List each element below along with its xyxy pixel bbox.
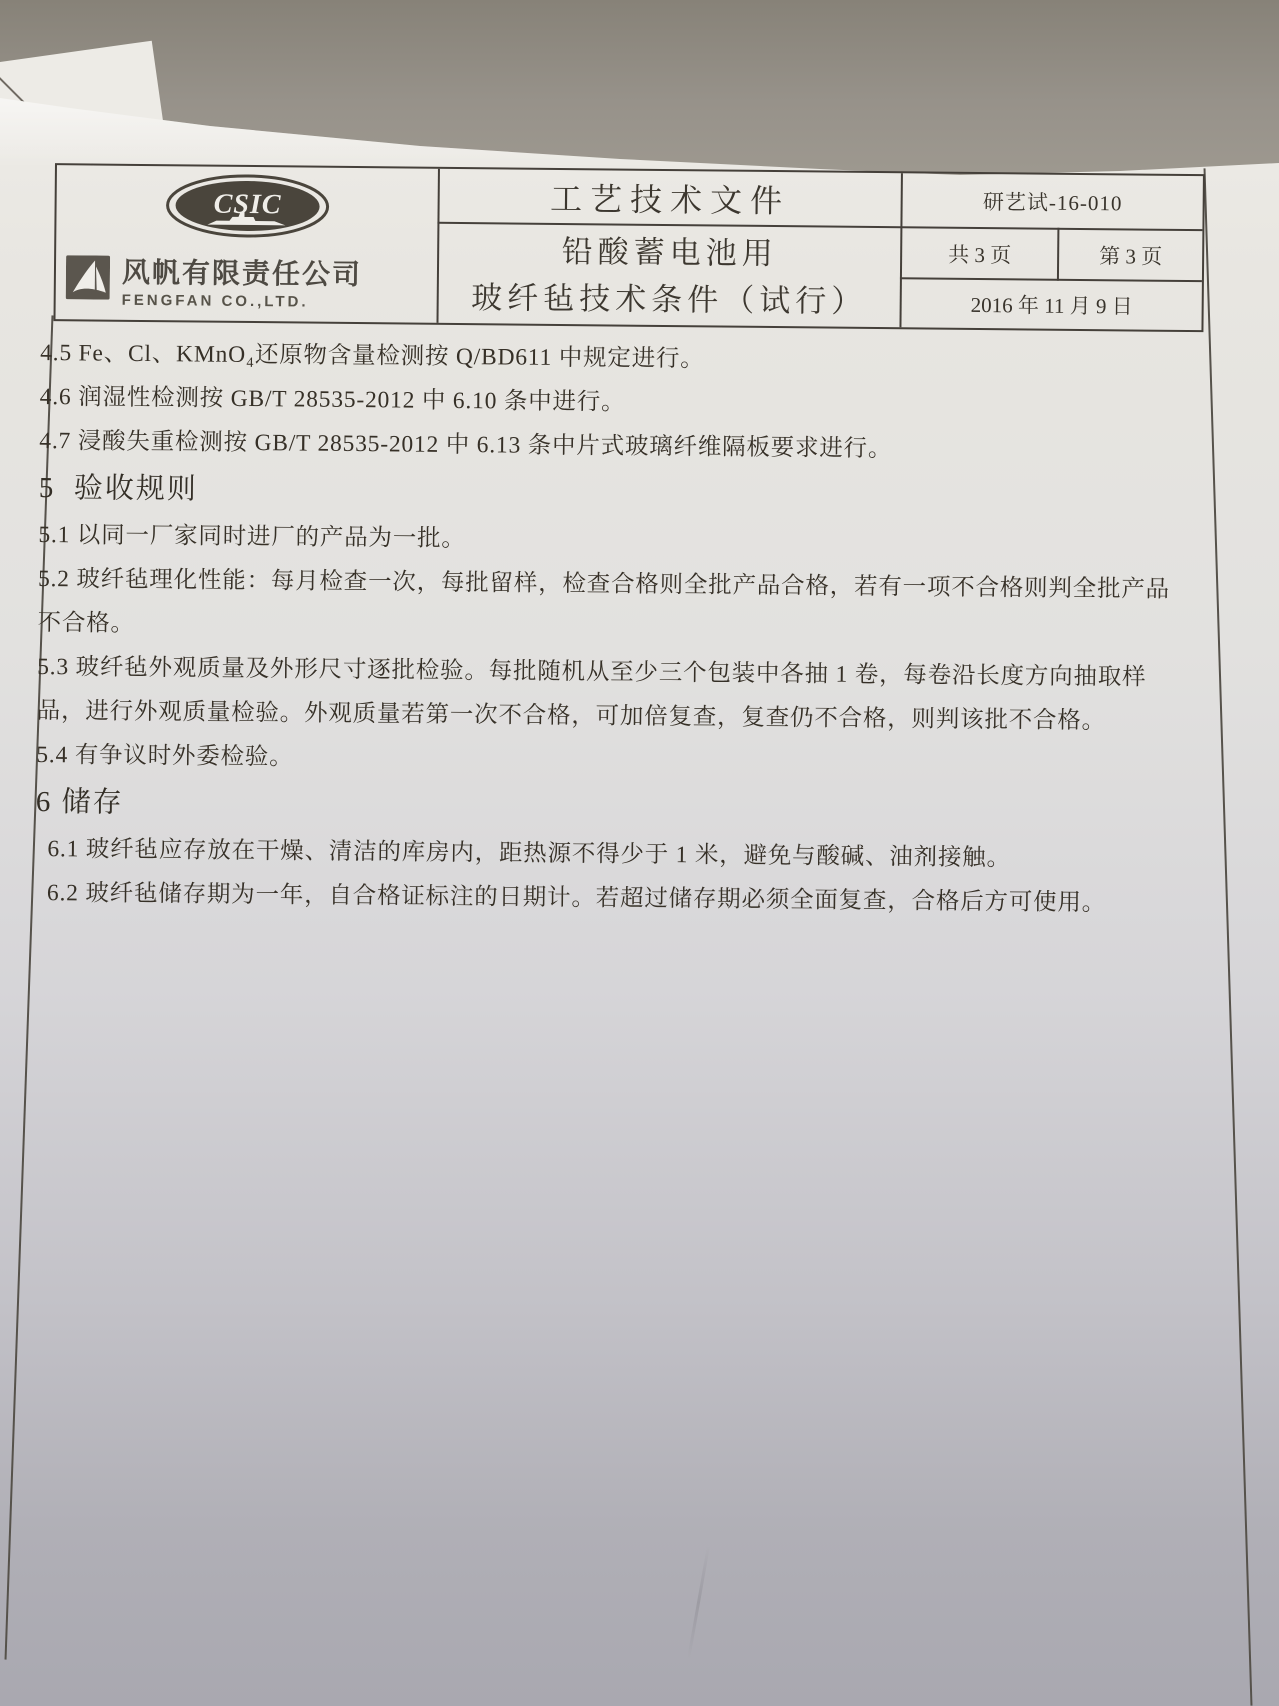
company-name-row: 风帆有限责任公司 FENGFAN CO.,LTD. (66, 250, 363, 311)
doc-title-line1: 铅酸蓄电池用 (561, 227, 777, 276)
company-name-cn: 风帆有限责任公司 (122, 251, 362, 293)
svg-text:CSIC: CSIC (213, 189, 281, 221)
company-names: 风帆有限责任公司 FENGFAN CO.,LTD. (122, 251, 363, 311)
clause-5-3: 5.3 玻纤毡外观质量及外形尺寸逐批检验。每批随机从至少三个包装中各抽 1 卷，… (37, 645, 1190, 744)
doc-number-cell: 研艺试-16-010 (902, 173, 1202, 229)
current-page-cell: 第 3 页 (1059, 230, 1202, 280)
document-body: 4.5 Fe、Cl、KMnO₄还原物含量检测按 Q/BD611 中规定进行。 4… (35, 331, 1193, 926)
page-content: CSIC 风帆有限责任公司 F (35, 163, 1212, 926)
date-cell: 2016 年 11 月 9 日 (901, 279, 1201, 330)
pages-total-cell: 共 3 页 (902, 228, 1057, 278)
doc-type-cell: 工艺技术文件 (439, 169, 900, 226)
document-photo: CSIC 风帆有限责任公司 F (0, 0, 1279, 1706)
header-table: CSIC 风帆有限责任公司 F (53, 163, 1204, 332)
doc-title-cell: 铅酸蓄电池用 玻纤毡技术条件（试行） (438, 224, 900, 327)
doc-title-line2: 玻纤毡技术条件（试行） (471, 274, 867, 325)
company-name-en: FENGFAN CO.,LTD. (122, 292, 362, 311)
clause-5-2: 5.2 玻纤毡理化性能：每月检查一次，每批留样，检查合格则全批产品合格，若有一项… (37, 557, 1190, 656)
organization-cell: CSIC 风帆有限责任公司 F (56, 165, 438, 323)
fengfan-sail-icon (66, 255, 110, 304)
csic-logo-icon: CSIC (163, 172, 332, 245)
